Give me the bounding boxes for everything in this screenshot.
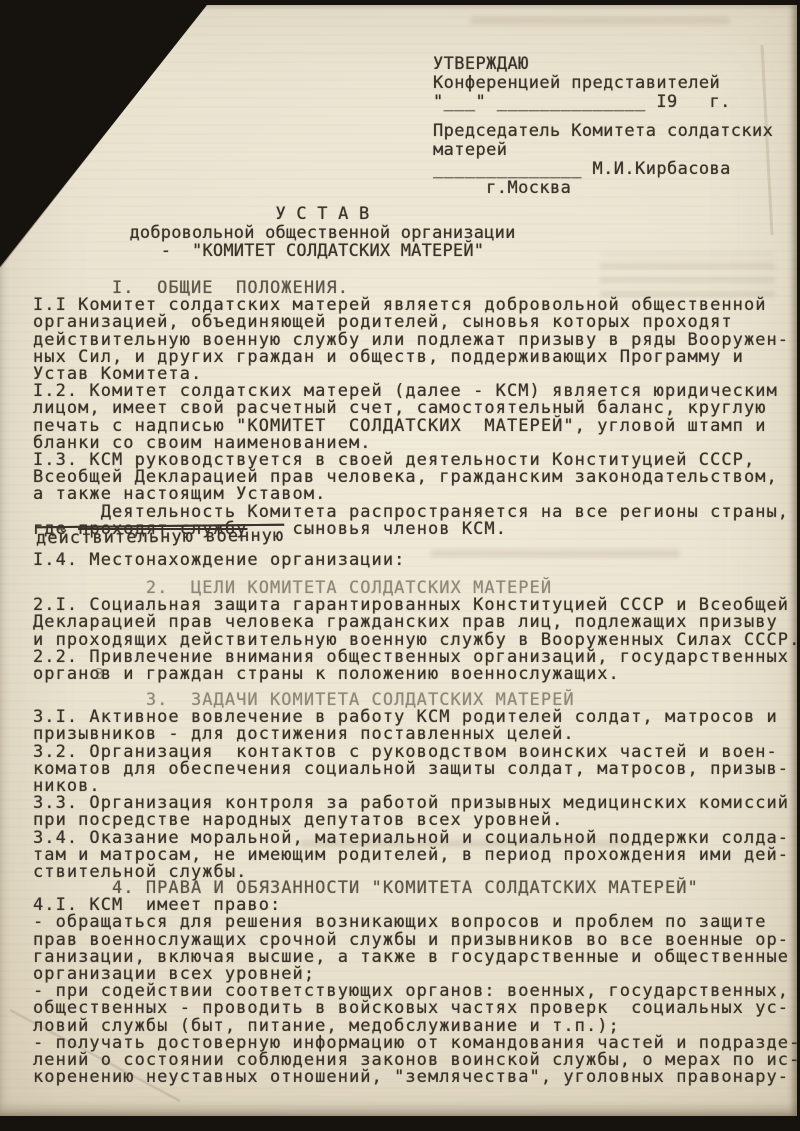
title-line-org: добровольной общественной организации — [0, 224, 645, 243]
approval-stamp: УТВЕРЖДАЮ — [433, 55, 773, 74]
section-3-heading: 3. ЗАДАЧИ КОМИТЕТА СОЛДАТСКИХ МАТЕРЕЙ — [33, 692, 789, 709]
inserted-correction: действительную военную — [36, 528, 284, 548]
document-title: У С Т А В добровольной общественной орга… — [0, 205, 645, 261]
section-rights: 4. ПРАВА И ОБЯЗАННОСТИ "КОМИТЕТА СОЛДАТС… — [33, 880, 800, 1086]
title-line-committee: - "КОМИТЕТ СОЛДАТСКИХ МАТЕРЕЙ" — [0, 242, 645, 261]
approval-block: УТВЕРЖДАЮ Конференцией представителей "_… — [433, 55, 773, 198]
corrected-line-suffix: сыновья членов КСМ. — [247, 519, 507, 539]
text-line: органов и граждан страны к положению вое… — [33, 666, 800, 683]
section-4-body: 4.I. КСМ имеет право:- обращаться для ре… — [33, 897, 800, 1086]
approval-authority: Конференцией представителей — [433, 74, 773, 93]
section-4-heading: 4. ПРАВА И ОБЯЗАННОСТИ "КОМИТЕТА СОЛДАТС… — [33, 880, 800, 897]
chairman-title-line2: матерей — [433, 141, 773, 160]
text-line: коматов для обеспечения социальной защит… — [33, 761, 789, 778]
text-line: коренению неуставных отношений, "земляче… — [33, 1069, 800, 1086]
bleed-through-mark — [470, 17, 730, 24]
signature-line: ______________ М.И.Кирбасова — [433, 160, 773, 179]
location-line: I.4. Местонахождение организации: — [33, 552, 789, 569]
date-line: "___" ______________ I9 г. — [433, 93, 773, 112]
section-goals: 2. ЦЕЛИ КОМИТЕТА СОЛДАТСКИХ МАТЕРЕЙ 2.I.… — [33, 580, 800, 683]
city-line: г.Москва — [433, 179, 773, 198]
chairman-title-line1: Председатель Комитета солдатских — [433, 122, 773, 141]
section-1-body: I.I Комитет солдатских матерей является … — [33, 297, 789, 521]
section-2-heading: 2. ЦЕЛИ КОМИТЕТА СОЛДАТСКИХ МАТЕРЕЙ — [33, 580, 800, 597]
paper: УТВЕРЖДАЮ Конференцией представителей "_… — [0, 5, 797, 1116]
section-3-body: 3.I. Активное вовлечение в работу КСМ ро… — [33, 709, 789, 881]
scan-background: УТВЕРЖДАЮ Конференцией представителей "_… — [0, 0, 800, 1131]
section-2-body: 2.I. Социальная защита гарантированных К… — [33, 597, 800, 683]
section-general-provisions: I. ОБЩИЕ ПОЛОЖЕНИЯ. I.I Комитет солдатск… — [33, 280, 789, 569]
section-1-heading: I. ОБЩИЕ ПОЛОЖЕНИЯ. — [33, 280, 789, 297]
section-tasks: 3. ЗАДАЧИ КОМИТЕТА СОЛДАТСКИХ МАТЕРЕЙ 3.… — [33, 692, 789, 881]
title-line-ustav: У С Т А В — [0, 205, 645, 224]
